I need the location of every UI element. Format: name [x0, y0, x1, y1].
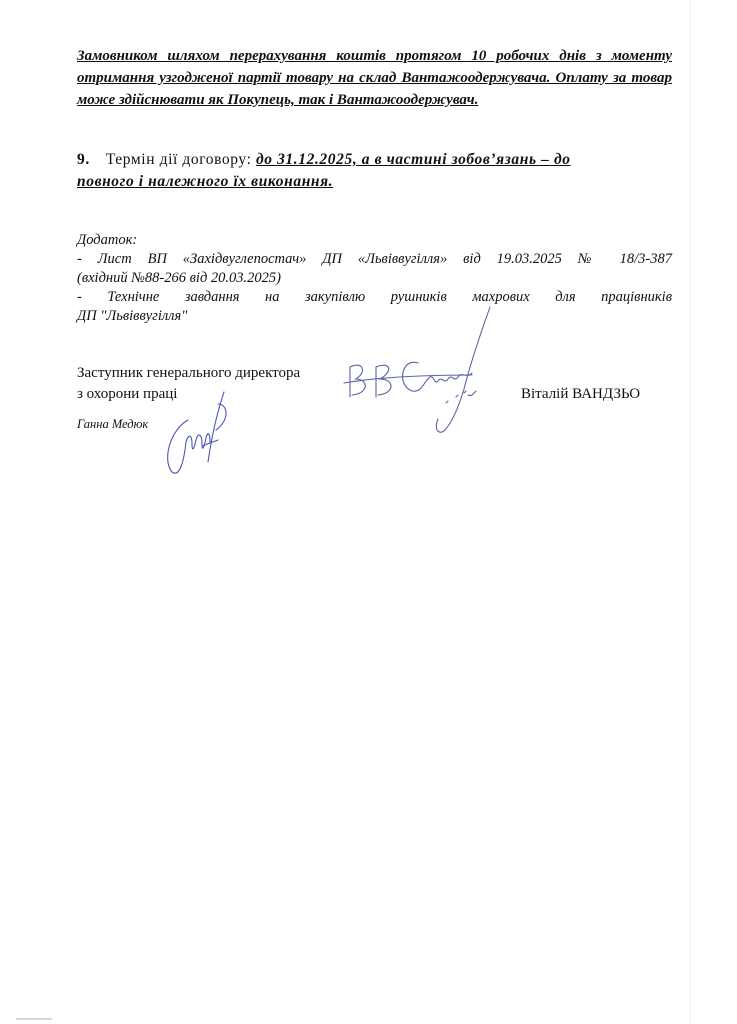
clause-value-line1: до 31.12.2025, а в частині зобов’язань –…: [256, 151, 571, 168]
clause-number: 9.: [77, 151, 90, 168]
signatory-signature: [340, 305, 500, 440]
contract-term-clause: 9.Термін дії договору: до 31.12.2025, а …: [77, 149, 672, 193]
payment-terms-paragraph: Замовником шляхом перерахування коштів п…: [77, 45, 672, 111]
scan-artifact-mark: [16, 1018, 52, 1020]
attachment-item-1-line2: (вхідний №88-266 від 20.03.2025): [77, 269, 672, 288]
signatory-name: Віталій ВАНДЗЬО: [521, 384, 640, 405]
clause-label: Термін дії договору:: [106, 151, 256, 168]
signatory-position-line1: Заступник генерального директора: [77, 363, 300, 384]
attachments-heading: Додаток:: [77, 231, 672, 250]
executor-name: Ганна Медюк: [77, 416, 148, 432]
clause-value-line2: повного і належного їх виконання.: [77, 173, 333, 190]
attachment-item-1-line1: - Лист ВП «Західвуглепостач» ДП «Львівву…: [77, 250, 672, 269]
scan-edge-line: [690, 0, 691, 1024]
executor-signature: [158, 390, 238, 480]
